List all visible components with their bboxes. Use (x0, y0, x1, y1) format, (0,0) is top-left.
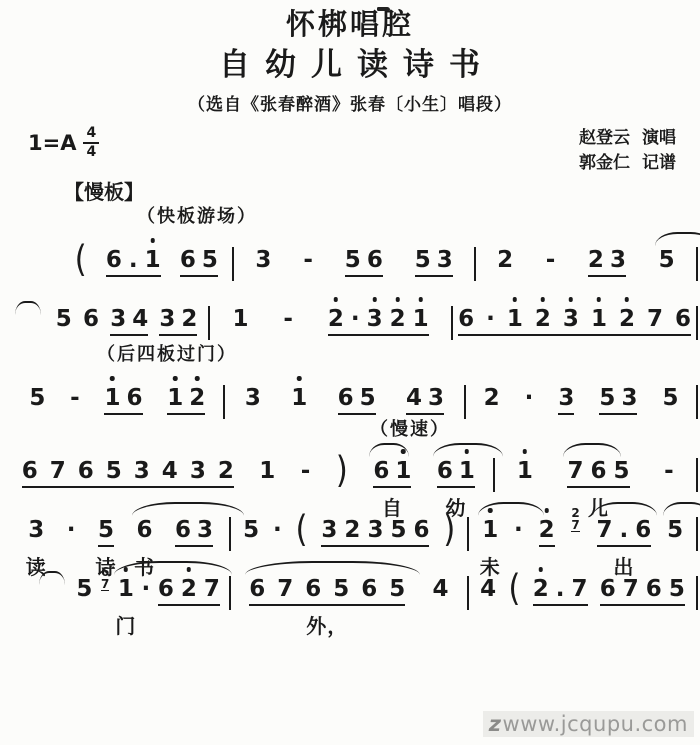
transcriber-role: 记谱 (642, 153, 676, 173)
note-char: · (67, 516, 76, 544)
note-char: 3 (621, 384, 637, 412)
sheet-music-page: 怀梆唱腔 自幼儿读诗书 （选自《张春醉酒》张春〔小生〕唱段） 1=A 4 4 赵… (0, 0, 700, 745)
note-char: 6 (373, 457, 389, 485)
note-char: 3 (367, 305, 383, 333)
measure: 1未·2277.6出5 (469, 516, 696, 547)
note-char: 6 (78, 457, 94, 485)
source-note: （选自《张春醉酒》张春〔小生〕唱段） (2, 93, 698, 117)
note-text: 2.7 (533, 575, 588, 606)
note-char: 5 (415, 246, 431, 274)
note-char: 3 (28, 516, 44, 544)
note-text: · (273, 516, 282, 545)
note-token: - (546, 246, 556, 275)
note-text: 23 (588, 246, 626, 277)
note-char: - (70, 384, 80, 412)
note-text: 4 (432, 575, 448, 604)
octave-dot (334, 297, 339, 302)
note-char: 5 (106, 457, 122, 485)
measure: 676565外，4 (231, 575, 467, 606)
note-char: 1 (413, 305, 429, 333)
note-token: 53 (415, 246, 453, 277)
lyric-syllable: 门 (115, 612, 136, 640)
slur-arc (369, 443, 409, 457)
note-text: 16 (104, 384, 142, 415)
note-token: 1未 (482, 516, 498, 545)
score-body: （快板游场）(6.1653-56532-2355634321-2·3216·12… (2, 206, 698, 610)
note-char: 4 (132, 305, 148, 333)
note-char: 6 (675, 305, 691, 333)
note-text: · (67, 516, 76, 545)
note-char: 2 (484, 384, 500, 412)
octave-dot (195, 376, 200, 381)
note-token: 3 (255, 246, 271, 275)
note-token: 6 (83, 305, 99, 334)
bar-line (696, 458, 698, 492)
note-char: ( (296, 513, 308, 546)
note-token: 12 (167, 384, 205, 415)
credit-performer: 赵登云演唱 (579, 126, 676, 151)
note-text: - (301, 457, 311, 486)
note-text: 3 (255, 246, 271, 275)
note-char: 2 (497, 246, 513, 274)
note-text: 5 (659, 246, 675, 275)
note-token: 53 (599, 384, 637, 415)
note-char: 5 (56, 305, 72, 333)
bar-line (696, 247, 698, 281)
note-char: · (351, 305, 360, 333)
octave-dot (569, 297, 574, 302)
note-char: 7 (572, 575, 588, 603)
section-label: （慢速） (370, 419, 698, 441)
time-signature-numerator: 4 (83, 126, 99, 144)
measure: 5·(32356) (231, 516, 467, 547)
paren-mark: ( (296, 516, 308, 547)
note-char: 7 (50, 457, 66, 485)
note-char: 6 (22, 457, 38, 485)
note-text: 32356 (321, 516, 429, 547)
note-token: 7.6出 (597, 516, 652, 547)
note-text: ( (75, 243, 87, 277)
note-char: - (546, 246, 556, 274)
note-token: · (141, 575, 150, 604)
note-char: 7 (597, 516, 613, 544)
note-char: 6 (437, 457, 453, 485)
slur-arc (114, 561, 232, 575)
note-char: 2 (181, 575, 197, 603)
note-token: 1 (259, 457, 275, 486)
note-char: 3 (558, 384, 574, 412)
measure: 3-5653 (234, 246, 473, 277)
credits: 赵登云演唱 郭金仁记谱 (579, 126, 676, 176)
note-text: 5 (56, 305, 72, 334)
note-char: 2 (390, 305, 406, 333)
paren-mark: ( (508, 575, 520, 606)
note-token: 61自 (373, 457, 411, 488)
note-char: 7 (647, 305, 663, 333)
note-char: 6 (158, 575, 174, 603)
note-char: 3 (110, 305, 126, 333)
note-text: 4 (480, 575, 496, 604)
credit-transcriber: 郭金仁记谱 (579, 151, 676, 176)
note-char: 6 (458, 305, 474, 333)
section-label: （后四板过门） (97, 344, 698, 366)
note-token: 1 (517, 457, 533, 486)
slur-arc (433, 443, 503, 457)
performer-role: 演唱 (642, 128, 676, 148)
note-token: 6·1231276 (458, 305, 691, 336)
octave-dot (541, 297, 546, 302)
transcriber-name: 郭金仁 (579, 153, 630, 173)
note-char: - (301, 457, 311, 485)
note-text: 5 (662, 384, 678, 413)
measure: (6.165 (60, 246, 232, 277)
note-char: 6 (249, 575, 265, 603)
section-label: （快板游场） (137, 206, 698, 228)
note-text: 627 (158, 575, 220, 606)
note-text: 6 (83, 305, 99, 334)
note-char: - (303, 246, 313, 274)
note-char: 2 (344, 516, 360, 544)
note-token: 1门 (118, 575, 134, 604)
note-char: 2 (189, 384, 205, 412)
note-char: · (141, 575, 150, 603)
note-text: 5 (29, 384, 45, 413)
octave-dot (539, 567, 544, 572)
note-char: · (514, 516, 523, 544)
octave-dot (110, 376, 115, 381)
note-char: 3 (134, 457, 150, 485)
note-token: 3 (558, 384, 574, 415)
measure: 1-2·321 (210, 305, 451, 336)
note-token: 5 (667, 516, 683, 545)
note-token: 34 (110, 305, 148, 336)
grace-note-digit: 7 (571, 519, 579, 532)
note-char: 6 (635, 516, 651, 544)
note-char: 2 (533, 575, 549, 603)
note-char: 3 (245, 384, 261, 412)
note-char: 5 (390, 516, 406, 544)
note-token: 765儿 (567, 457, 629, 488)
note-text: 12 (167, 384, 205, 415)
note-char: 2 (218, 457, 234, 485)
note-char: 2 (539, 516, 555, 544)
note-token: · (67, 516, 76, 545)
slur-arc (478, 502, 544, 516)
octave-dot (372, 297, 377, 302)
note-char: 4 (480, 575, 496, 603)
bar-line (696, 576, 698, 610)
music-line: 5-16123165432·3535 (2, 368, 698, 419)
note-char: 5 (360, 384, 376, 412)
note-text: 53 (415, 246, 453, 277)
note-text: ) (443, 513, 455, 547)
song-title: 自幼儿读诗书 (16, 42, 698, 88)
note-char: ) (443, 513, 455, 546)
note-text: 1 (517, 457, 533, 486)
note-text: - (664, 457, 674, 486)
note-char: 3 (428, 384, 444, 412)
watermark-text: www.jcqupu.com (503, 712, 688, 736)
slur-arc (663, 502, 700, 516)
note-token: 43 (406, 384, 444, 415)
note-char: 1 (395, 457, 411, 485)
bar-line (696, 517, 698, 551)
note-token: · (525, 384, 534, 413)
note-char: 5 (98, 516, 114, 544)
note-text: · (525, 384, 534, 413)
key-credits-row: 1=A 4 4 赵登云演唱 郭金仁记谱 (2, 126, 698, 180)
note-char: 1 (591, 305, 607, 333)
note-char: 5 (659, 246, 675, 274)
note-text: 676565 (249, 575, 405, 606)
note-char: 1 (104, 384, 120, 412)
slur-arc (132, 502, 244, 516)
note-text: 2·321 (328, 305, 429, 336)
music-line: 5634321-2·3216·1231276 (2, 289, 698, 340)
note-token: 1 (233, 305, 249, 334)
grace-note-digit: 7 (101, 578, 109, 591)
note-char: . (129, 246, 138, 274)
note-text: 5 (76, 575, 92, 604)
note-char: 6 (591, 457, 607, 485)
note-token: - (664, 457, 674, 486)
note-char: 1 (459, 457, 475, 485)
note-token: 676565外， (249, 575, 405, 606)
note-char: · (525, 384, 534, 412)
bar-line (696, 385, 698, 419)
note-text: 56 (345, 246, 383, 277)
measure: 1765儿- (495, 457, 696, 488)
note-char: 4 (406, 384, 422, 412)
note-char: 3 (190, 457, 206, 485)
note-char: 5 (669, 575, 685, 603)
note-char: 5 (202, 246, 218, 274)
octave-dot (625, 297, 630, 302)
slur-arc (593, 502, 657, 516)
note-char: 6 (367, 246, 383, 274)
note-text: 53 (599, 384, 637, 415)
note-token: 5 (243, 516, 259, 545)
note-char: 3 (255, 246, 271, 274)
note-text: 5 (243, 516, 259, 545)
note-char: 3 (197, 516, 213, 544)
note-char: 2 (588, 246, 604, 274)
note-token: 65 (338, 384, 376, 415)
note-token: · (273, 516, 282, 545)
measure: 3读·5诗6书63 (12, 516, 229, 547)
note-char: · (486, 305, 495, 333)
note-char: 6 (361, 575, 377, 603)
note-text: 43 (406, 384, 444, 415)
note-token: 63 (175, 516, 213, 547)
note-text: 65 (338, 384, 376, 415)
scan-artifact-mark (377, 7, 390, 11)
note-char: · (273, 516, 282, 544)
note-char: 1 (167, 384, 183, 412)
note-text: · (141, 575, 150, 604)
octave-dot (297, 376, 302, 381)
note-char: 1 (118, 575, 134, 603)
bar-line (696, 306, 698, 340)
note-token: 32356 (321, 516, 429, 547)
paren-mark: ) (443, 516, 455, 547)
note-char: 6 (83, 305, 99, 333)
music-line: 676534321-)61自61幼1765儿- (2, 441, 698, 492)
note-text: 6765 (600, 575, 685, 606)
note-text: 3 (245, 384, 261, 413)
note-token: 627 (158, 575, 220, 606)
note-text: 1 (482, 516, 498, 545)
note-token: 4 (432, 575, 448, 604)
note-text: - (546, 246, 556, 275)
note-token: 2 (497, 246, 513, 275)
measure: 676534321-)61自61幼 (4, 457, 493, 488)
series-title: 怀梆唱腔 (2, 6, 698, 42)
note-token: 3读 (28, 516, 44, 545)
slur-arc (245, 561, 420, 575)
octave-dot (597, 297, 602, 302)
note-char: 1 (145, 246, 161, 274)
note-char: 6 (600, 575, 616, 603)
tie-arc (15, 301, 41, 315)
note-char: 6 (305, 575, 321, 603)
note-char: 7 (204, 575, 220, 603)
note-token: 32 (159, 305, 197, 336)
note-text: 65 (180, 246, 218, 277)
grace-note: 27 (571, 507, 579, 532)
note-char: 6 (136, 516, 152, 544)
note-char: 5 (76, 575, 92, 603)
note-char: 2 (328, 305, 344, 333)
note-char: 3 (610, 246, 626, 274)
paren-mark: ) (336, 457, 348, 488)
note-token: 5 (56, 305, 72, 334)
note-token: 5 (29, 384, 45, 413)
note-text: 34 (110, 305, 148, 336)
note-text: 1 (291, 384, 307, 413)
note-char: 4 (162, 457, 178, 485)
slur-arc (563, 443, 621, 457)
note-char: 6 (338, 384, 354, 412)
octave-dot (395, 297, 400, 302)
octave-dot (544, 508, 549, 513)
note-token: 16 (104, 384, 142, 415)
note-char: 2 (619, 305, 635, 333)
note-text: 3 (558, 384, 574, 415)
note-text: ) (336, 454, 348, 488)
note-char: 7 (567, 457, 583, 485)
octave-dot (150, 238, 155, 243)
note-char: - (283, 305, 293, 333)
note-char: 6 (126, 384, 142, 412)
note-char: 5 (29, 384, 45, 412)
note-token: 3 (245, 384, 261, 413)
note-text: - (70, 384, 80, 413)
measure: 4(2.76765 (469, 575, 696, 606)
note-text: 6·1231276 (458, 305, 691, 336)
note-token: 65 (180, 246, 218, 277)
note-char: 3 (437, 246, 453, 274)
note-char: 6 (413, 516, 429, 544)
note-char: 1 (233, 305, 249, 333)
note-token: 6.1 (106, 246, 161, 277)
note-char: 3 (159, 305, 175, 333)
note-char: - (664, 457, 674, 485)
note-char: ( (508, 572, 520, 605)
note-text: 765 (567, 457, 629, 488)
note-token: - (303, 246, 313, 275)
note-char: 1 (517, 457, 533, 485)
note-char: 2 (181, 305, 197, 333)
note-text: 6.1 (106, 246, 161, 277)
note-token: 56 (345, 246, 383, 277)
time-signature-denominator: 4 (86, 144, 96, 160)
performer-name: 赵登云 (579, 128, 630, 148)
note-text: 1 (233, 305, 249, 334)
slur-arc (655, 232, 700, 246)
note-text: - (303, 246, 313, 275)
note-char: ( (75, 243, 87, 276)
octave-dot (418, 297, 423, 302)
key-signature: 1=A 4 4 (28, 126, 99, 159)
octave-dot (523, 449, 528, 454)
note-char: 5 (667, 516, 683, 544)
note-char: 2 (535, 305, 551, 333)
note-char: 4 (432, 575, 448, 603)
key-signature-text: 1=A (28, 131, 76, 155)
note-text: 6 (136, 516, 152, 545)
measure: 563432 (4, 305, 208, 336)
note-token: - (301, 457, 311, 486)
note-token: 2·321 (328, 305, 429, 336)
note-char: 5 (243, 516, 259, 544)
watermark: zwww.jcqupu.com (483, 711, 694, 737)
note-text: 61 (373, 457, 411, 488)
watermark-arrow-icon: z (489, 712, 502, 736)
note-char: 5 (345, 246, 361, 274)
note-char: 6 (175, 516, 191, 544)
note-char: 5 (333, 575, 349, 603)
note-text: 5 (667, 516, 683, 545)
note-char: 5 (662, 384, 678, 412)
note-token: 6765 (600, 575, 685, 606)
note-char: 6 (646, 575, 662, 603)
note-char: ) (336, 454, 348, 487)
note-token: 61幼 (437, 457, 475, 488)
note-char: 3 (321, 516, 337, 544)
note-token: 67653432 (22, 457, 234, 488)
note-token: 5 (662, 384, 678, 413)
lyric-syllable: 外， (306, 612, 348, 640)
paren-mark: ( (75, 246, 87, 277)
note-token: 5诗 (98, 516, 114, 547)
note-text: 63 (175, 516, 213, 547)
note-char: 5 (389, 575, 405, 603)
grace-note: 67 (101, 566, 109, 591)
note-text: 61 (437, 457, 475, 488)
note-text: 7.6 (597, 516, 652, 547)
note-text: 3 (28, 516, 44, 545)
note-token: - (70, 384, 80, 413)
note-text: ( (508, 572, 520, 606)
note-text: 2 (484, 384, 500, 413)
note-token: 4 (480, 575, 496, 604)
note-text: 32 (159, 305, 197, 336)
note-token: 2.7 (533, 575, 588, 606)
note-char: 3 (367, 516, 383, 544)
tie-arc (39, 571, 65, 585)
note-char: 1 (507, 305, 523, 333)
